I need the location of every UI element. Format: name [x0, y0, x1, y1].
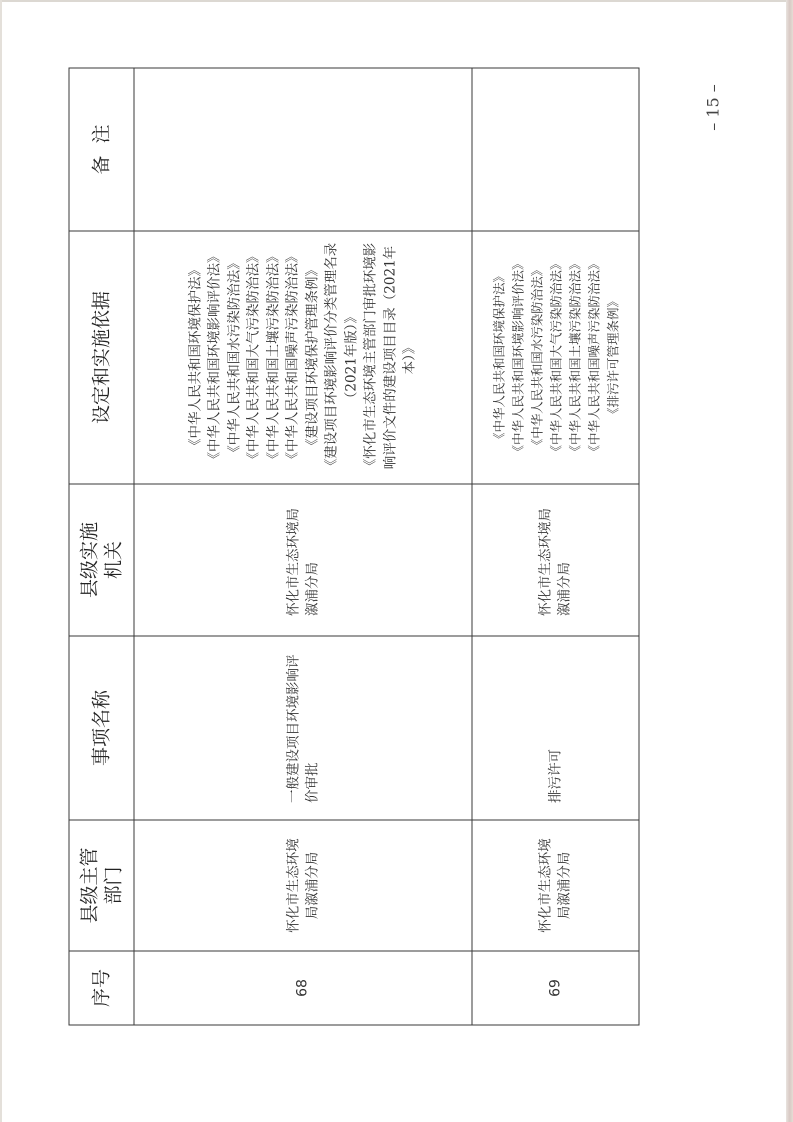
row-dept: 怀化市生态环境局溆浦分局 [134, 820, 472, 951]
row-seq: 68 [134, 951, 472, 1025]
rotated-table-container: 序号 县级主管部门 事项名称 县级实施机关 设定和实施依据 备 注 68 怀化市… [68, 68, 638, 1025]
approval-items-table: 序号 县级主管部门 事项名称 县级实施机关 设定和实施依据 备 注 68 怀化市… [68, 67, 639, 1025]
row-remark [134, 68, 472, 231]
row-dept: 怀化市生态环境局溆浦分局 [472, 820, 639, 951]
table-header-row: 序号 县级主管部门 事项名称 县级实施机关 设定和实施依据 备 注 [69, 68, 134, 1025]
header-seq: 序号 [69, 951, 134, 1025]
row-item: 排污许可 [472, 636, 639, 820]
row-dept-text: 怀化市生态环境局溆浦分局 [284, 835, 322, 935]
row-agency: 怀化市生态环境局溆浦分局 [472, 484, 639, 636]
row-agency-text: 怀化市生态环境局溆浦分局 [284, 504, 322, 616]
row-agency: 怀化市生态环境局溆浦分局 [134, 484, 472, 636]
page-number: – 15 – [700, 88, 726, 128]
header-agency-label: 县级实施机关 [77, 520, 125, 600]
row-dept-text: 怀化市生态环境局溆浦分局 [536, 835, 574, 935]
row-seq: 69 [472, 951, 639, 1025]
scan-edge-top [0, 0, 793, 2]
row-agency-text: 怀化市生态环境局溆浦分局 [536, 504, 574, 616]
basis-line: 《中华人民共和国噪声污染防治法》 [283, 237, 303, 477]
row-item-text: 一般建设项目环境影响评价审批 [284, 653, 322, 803]
header-item: 事项名称 [69, 636, 134, 820]
header-dept: 县级主管部门 [69, 820, 134, 951]
row-item-text: 排污许可 [546, 653, 565, 803]
basis-line: 《中华人民共和国环境保护法》 [186, 237, 206, 477]
header-remark: 备 注 [69, 68, 134, 231]
row-basis: 《中华人民共和国环境保护法》 《中华人民共和国环境影响评价法》 《中华人民共和国… [472, 231, 639, 484]
row-remark [472, 68, 639, 231]
scan-edge-left [0, 0, 2, 1122]
basis-line: 《中华人民共和国水污染防治法》 [527, 237, 546, 477]
row-basis: 《中华人民共和国环境保护法》 《中华人民共和国环境影响评价法》 《中华人民共和国… [134, 231, 472, 484]
table-row: 69 怀化市生态环境局溆浦分局 排污许可 怀化市生态环境局溆浦分局 《中华人民共… [472, 68, 639, 1025]
basis-line: 《中华人民共和国环境保护法》 [489, 237, 508, 477]
table-row: 68 怀化市生态环境局溆浦分局 一般建设项目环境影响评价审批 怀化市生态环境局溆… [134, 68, 472, 1025]
basis-line: 《中华人民共和国土壤污染防治法》 [264, 237, 284, 477]
basis-line: 《中华人民共和国大气污染防治法》 [546, 237, 565, 477]
header-basis: 设定和实施依据 [69, 231, 134, 484]
basis-line: 《中华人民共和国环境影响评价法》 [205, 237, 225, 477]
basis-line: 《中华人民共和国水污染防治法》 [225, 237, 245, 477]
scan-edge-right [786, 0, 793, 1122]
basis-line: 《建设项目环境保护管理条例》 [303, 237, 323, 477]
basis-line: 《中华人民共和国环境影响评价法》 [508, 237, 527, 477]
basis-line: 《怀化市生态环境主管部门审批环境影响评价文件的建设项目目录（2021年本）》 [361, 237, 420, 477]
page-number-text: – 15 – [704, 83, 723, 133]
basis-line: 《中华人民共和国大气污染防治法》 [244, 237, 264, 477]
basis-line: 《中华人民共和国噪声污染防治法》 [584, 237, 603, 477]
header-dept-label: 县级主管部门 [77, 845, 125, 925]
basis-line: 《建设项目环境影响评价分类管理名录（2021年版）》 [322, 237, 361, 477]
basis-line: 《排污许可管理条例》 [603, 237, 622, 477]
header-agency: 县级实施机关 [69, 484, 134, 636]
row-item: 一般建设项目环境影响评价审批 [134, 636, 472, 820]
basis-line: 《中华人民共和国土壤污染防治法》 [565, 237, 584, 477]
